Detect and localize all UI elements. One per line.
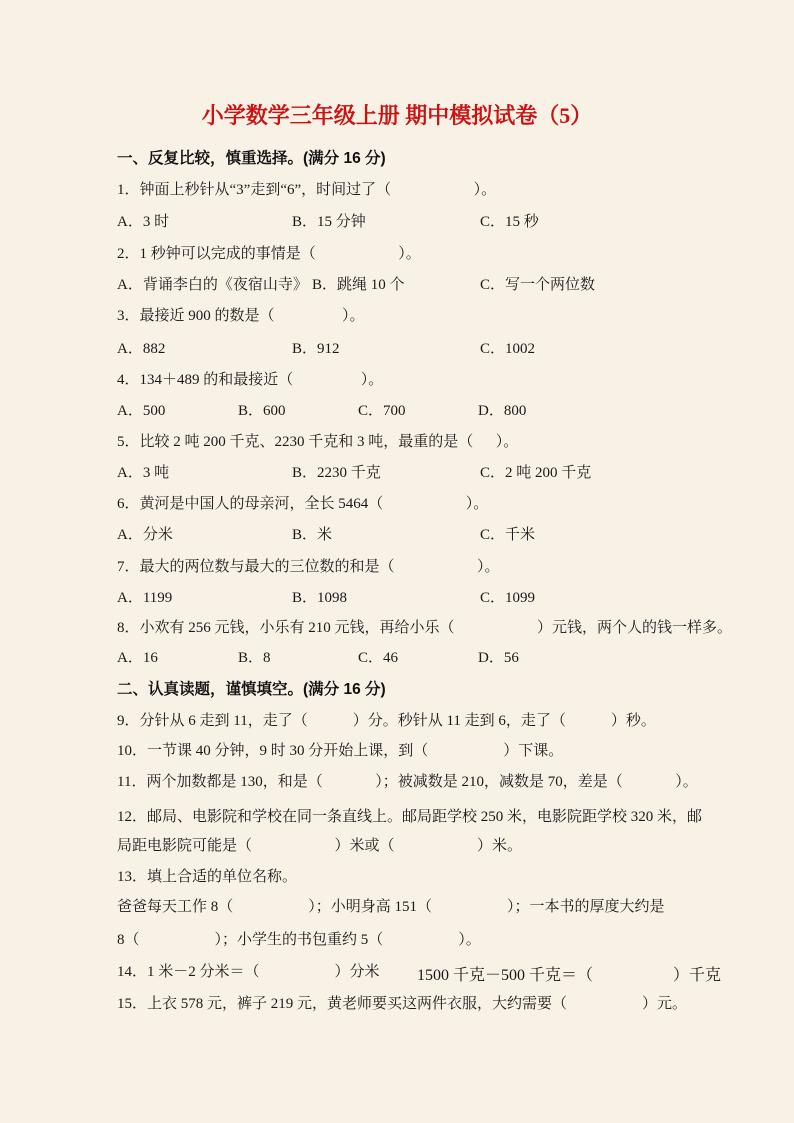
option-5-b: B．2230 千克 [292,463,381,483]
question-7-text: 7．最大的两位数与最大的三位数的和是（ ）。 [117,557,500,577]
question-10-text: 10．一节课 40 分钟，9 时 30 分开始上课，到（ ）下课。 [117,741,563,761]
question-8-text: 8．小欢有 256 元钱，小乐有 210 元钱，再给小乐（ ）元钱，两个人的钱一… [117,618,732,638]
question-13-line3: 8（ ）；小学生的书包重约 5（ ）。 [117,930,481,950]
option-5-c: C．2 吨 200 千克 [480,463,591,483]
option-5-a: A．3 吨 [117,463,169,483]
question-3-options: A．882 B．912 C．1002 [0,339,794,359]
option-2-a: A．背诵李白的《夜宿山寺》 [117,275,308,295]
option-4-a: A．500 [117,401,165,421]
question-12-line2: 局距电影院可能是（ ）米或（ ）米。 [117,836,522,856]
question-6-text: 6．黄河是中国人的母亲河，全长 5464（ ）。 [117,494,488,514]
option-1-a: A．3 时 [117,212,169,232]
option-8-d: D．56 [478,648,519,668]
question-9-text: 9．分针从 6 走到 11，走了（ ）分。秒针从 11 走到 6，走了（ ）秒。 [117,711,656,731]
option-7-c: C．1099 [480,588,535,608]
option-7-a: A．1199 [117,588,172,608]
question-14-row: 14．1 米－2 分米＝（ ）分米 1500 千克－500 千克＝（ ）千克 [0,962,794,982]
question-14-left: 14．1 米－2 分米＝（ ）分米 [117,962,380,982]
option-3-b: B．912 [292,339,340,359]
option-2-b: B．跳绳 10 个 [312,275,405,295]
question-14-right: 1500 千克－500 千克＝（ ）千克 [417,962,721,985]
question-4-text: 4．134＋489 的和最接近（ ）。 [117,370,383,390]
option-3-c: C．1002 [480,339,535,359]
option-6-c: C．千米 [480,525,535,545]
document-page: 小学数学三年级上册 期中模拟试卷（5） 一、反复比较，慎重选择。(满分 16 分… [0,0,794,1123]
option-6-a: A．分米 [117,525,173,545]
question-7-options: A．1199 B．1098 C．1099 [0,588,794,608]
option-4-b: B．600 [238,401,286,421]
option-7-b: B．1098 [292,588,347,608]
section-1-heading: 一、反复比较，慎重选择。(满分 16 分) [117,149,386,169]
question-1-options: A．3 时 B．15 分钟 C．15 秒 [0,212,794,232]
question-6-options: A．分米 B．米 C．千米 [0,525,794,545]
option-8-c: C．46 [358,648,398,668]
option-1-b: B．15 分钟 [292,212,366,232]
option-2-c: C．写一个两位数 [480,275,595,295]
question-1-text: 1．钟面上秒针从“3”走到“6”，时间过了（ ）。 [117,180,496,200]
option-6-b: B．米 [292,525,332,545]
option-4-c: C．700 [358,401,406,421]
option-1-c: C．15 秒 [480,212,539,232]
question-2-text: 2．1 秒钟可以完成的事情是（ ）。 [117,244,421,264]
question-4-options: A．500 B．600 C．700 D．800 [0,401,794,421]
option-3-a: A．882 [117,339,165,359]
question-3-text: 3．最接近 900 的数是（ ）。 [117,306,365,326]
question-13-line2: 爸爸每天工作 8（ ）；小明身高 151（ ）；一本书的厚度大约是 [117,897,665,917]
section-2-heading: 二、认真读题，谨慎填空。(满分 16 分) [117,680,386,700]
option-8-b: B．8 [238,648,271,668]
question-5-options: A．3 吨 B．2230 千克 C．2 吨 200 千克 [0,463,794,483]
question-5-text: 5．比较 2 吨 200 千克、2230 千克和 3 吨，最重的是（ ）。 [117,432,518,452]
question-15-text: 15．上衣 578 元，裤子 219 元，黄老师要买这两件衣服，大约需要（ ）元… [117,994,687,1014]
question-11-text: 11．两个加数都是 130，和是（ ）；被减数是 210，减数是 70，差是（ … [117,772,698,792]
question-13-line1: 13．填上合适的单位名称。 [117,867,297,887]
option-4-d: D．800 [478,401,526,421]
option-8-a: A．16 [117,648,158,668]
question-2-options: A．背诵李白的《夜宿山寺》 B．跳绳 10 个 C．写一个两位数 [0,275,794,295]
question-12-line1: 12．邮局、电影院和学校在同一条直线上。邮局距学校 250 米，电影院距学校 3… [117,807,702,827]
page-title: 小学数学三年级上册 期中模拟试卷（5） [0,99,794,130]
question-8-options: A．16 B．8 C．46 D．56 [0,648,794,668]
